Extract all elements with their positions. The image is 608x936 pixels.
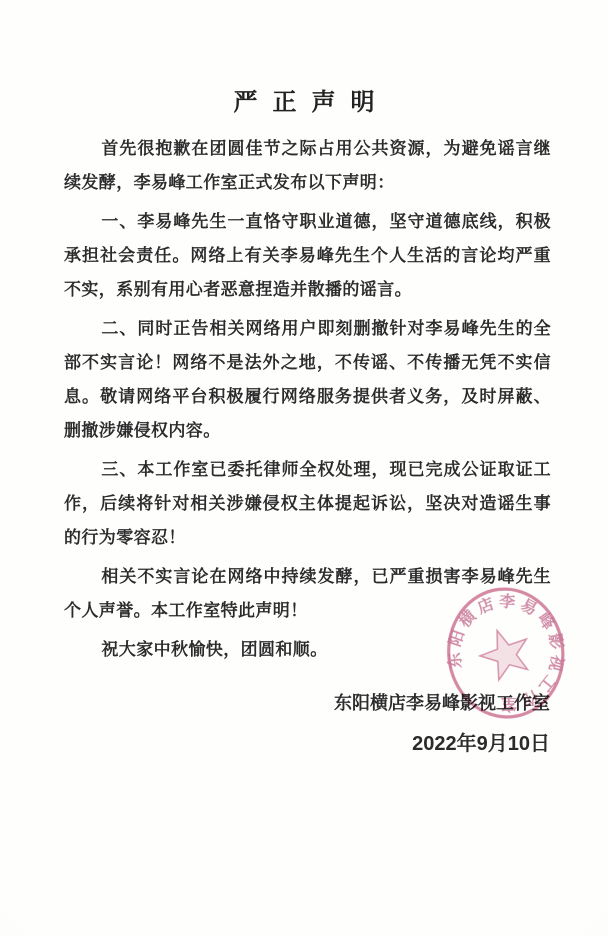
point-1-paragraph: 一、李易峰先生一直恪守职业道德，坚守道德底线，积极承担社会责任。网络上有关李易峰…: [64, 205, 551, 307]
statement-document: 严正声明 首先很抱歉在团圆佳节之际占用公共资源，为避免谣言继续发酵，李易峰工作室…: [0, 0, 608, 936]
point-3-paragraph: 三、本工作室已委托律师全权处理，现已完成公证取证工作，后续将针对相关涉嫌侵权主体…: [64, 453, 551, 555]
closing-paragraph: 相关不实言论在网络中持续发酵，已严重损害李易峰先生个人声誉。本工作室特此声明！: [64, 560, 551, 628]
statement-body: 首先很抱歉在团圆佳节之际占用公共资源，为避免谣言继续发酵，李易峰工作室正式发布以…: [0, 132, 608, 667]
greeting-paragraph: 祝大家中秋愉快，团圆和顺。: [64, 633, 551, 667]
document-title: 严正声明: [0, 0, 608, 117]
signature-block: 东阳横店李易峰影视工作室 2022年9月10日: [0, 691, 608, 757]
signature-line: 东阳横店李易峰影视工作室: [0, 691, 550, 715]
intro-paragraph: 首先很抱歉在团圆佳节之际占用公共资源，为避免谣言继续发酵，李易峰工作室正式发布以…: [64, 132, 551, 200]
point-2-paragraph: 二、同时正告相关网络用户即刻删撤针对李易峰先生的全部不实言论！网络不是法外之地，…: [64, 312, 551, 448]
date-line: 2022年9月10日: [0, 731, 550, 757]
